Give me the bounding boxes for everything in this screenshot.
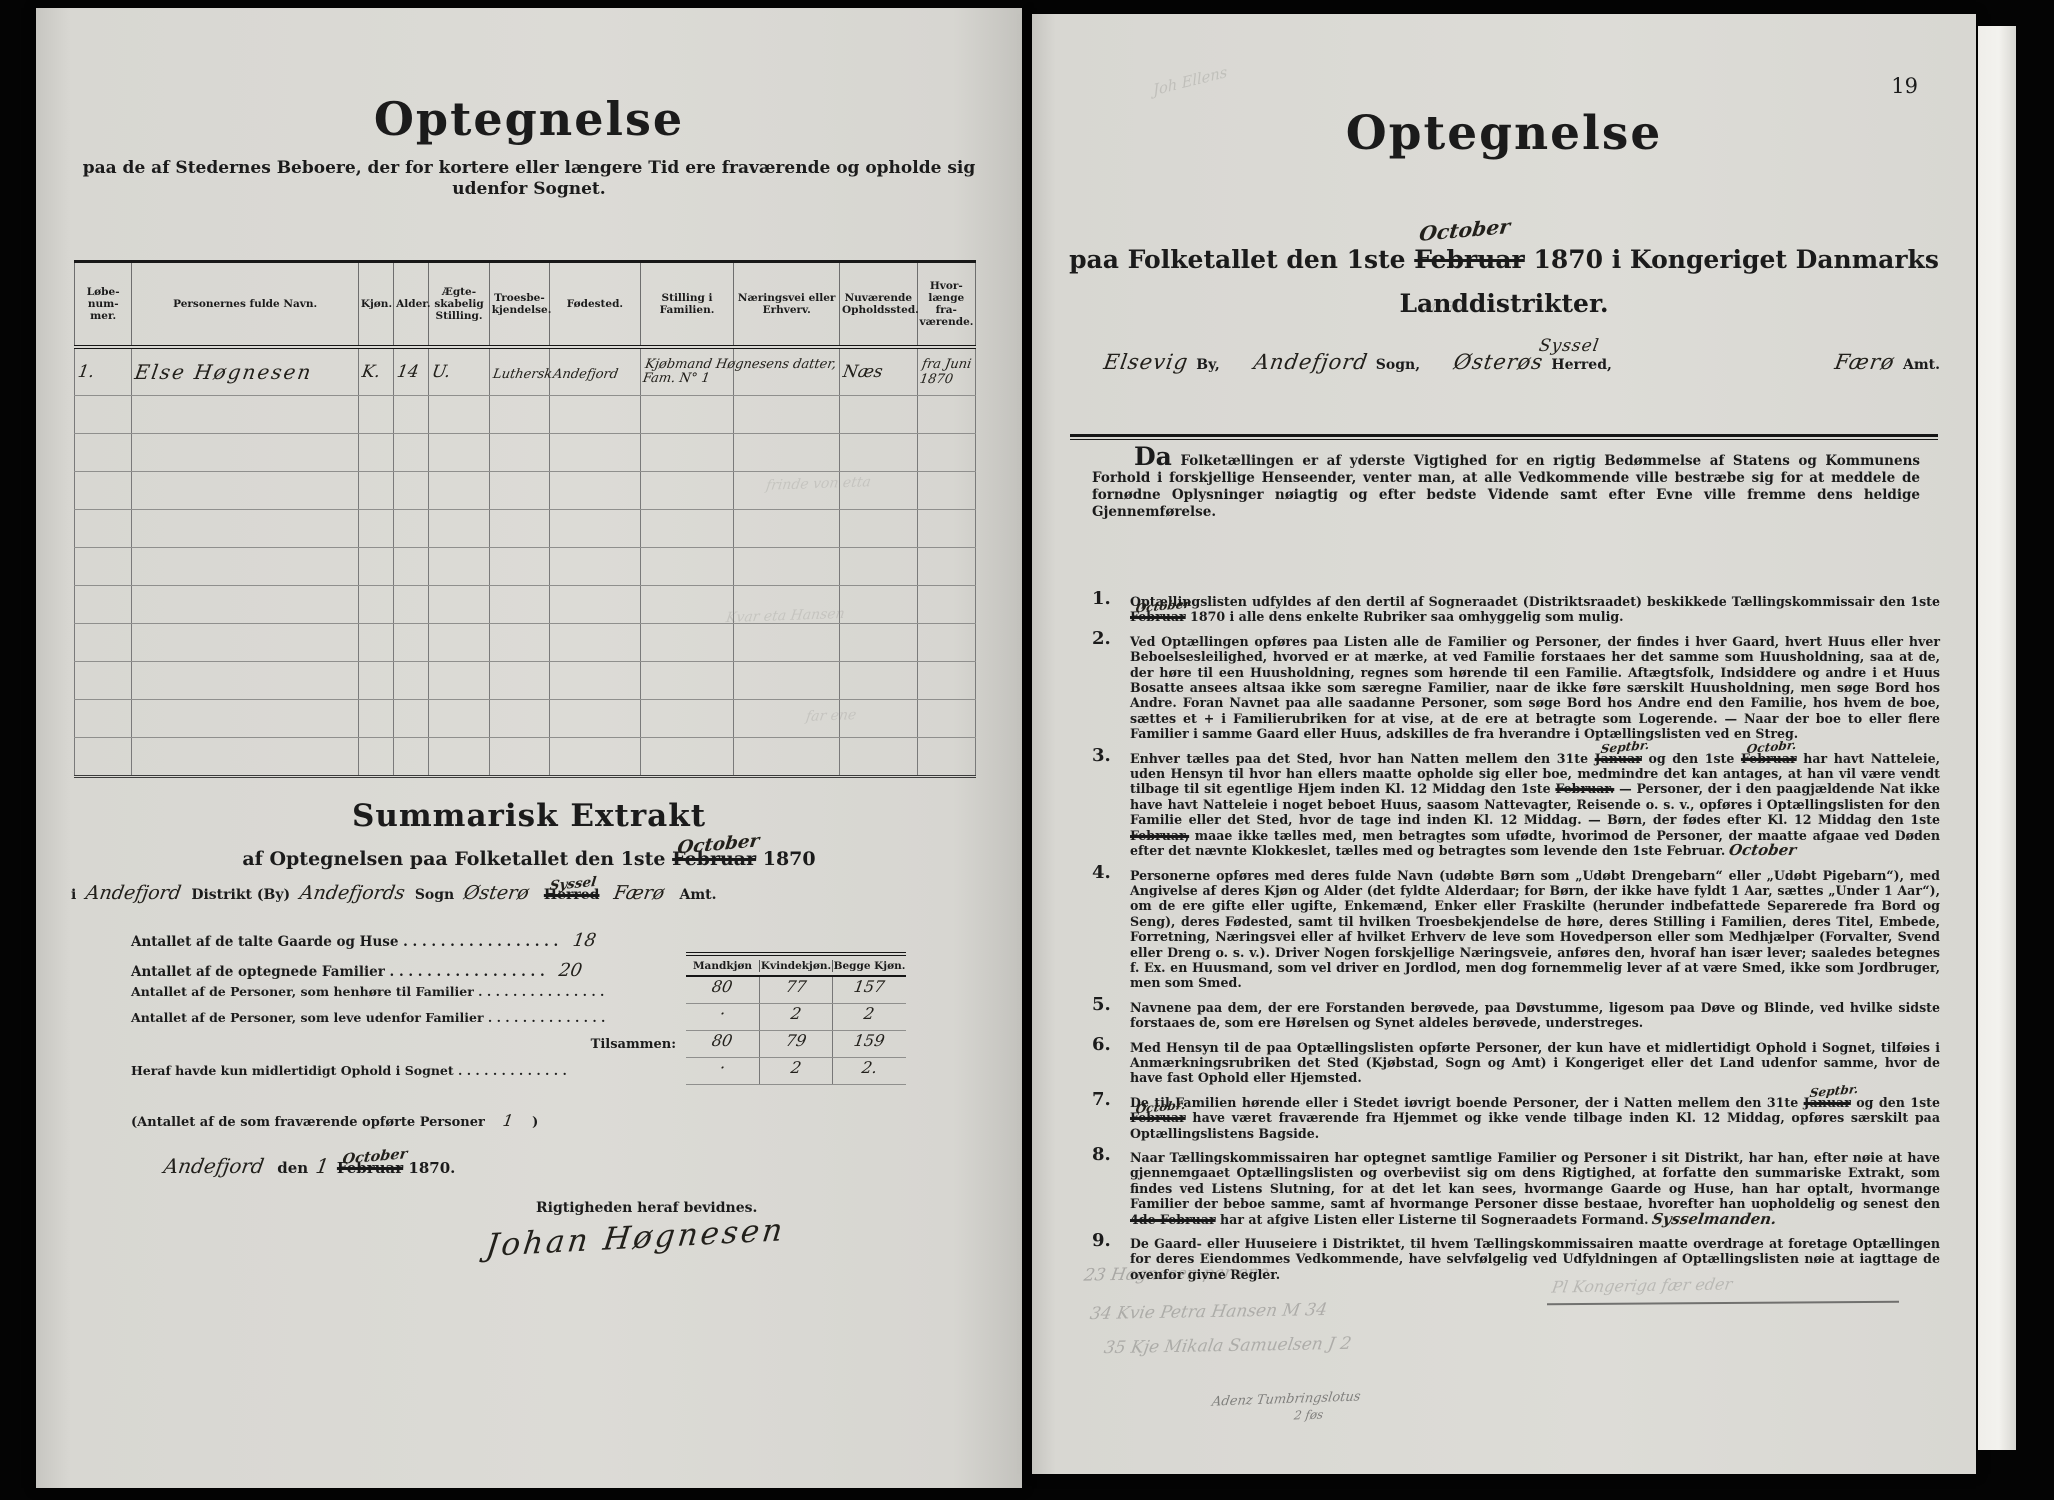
header-rule (1070, 434, 1938, 440)
summary-label-udenfor: Antallet af de Personer, som leve udenfo… (131, 1010, 605, 1025)
location-fields: Elsevig By, Andefjord Sogn, Østerøs Syss… (1104, 350, 1940, 374)
instruction-item-8: 8. Naar Tællingskommissairen har optegne… (1130, 1150, 1940, 1227)
value: 79 (784, 1031, 807, 1050)
struck-correction: Februar, (1130, 828, 1189, 843)
table-row-empty (75, 472, 976, 510)
cell-nr: 1. (76, 362, 95, 382)
struck-correction: 4de Februar (1130, 1212, 1216, 1227)
bleed-through-rule (1547, 1301, 1899, 1305)
count-familier-line: Antallet af de optegnede Familier . . . … (131, 960, 582, 981)
subtitle-line-2: Landdistrikter. (1032, 282, 1976, 326)
handwritten-text: Andefjord (85, 882, 183, 904)
handwritten-text: Sysselmanden. (1651, 1212, 1778, 1227)
right-page-subtitle: paa Folketallet den 1ste FebruarOctober … (1032, 238, 1976, 326)
summary-row-udenfor: · 2 2 (686, 1004, 906, 1031)
instruction-item-9: 9. De Gaard- eller Huuseiere i Distrikte… (1130, 1236, 1940, 1282)
table-row: 1. Else Høgnesen K. 14 U. Luthersk Andef… (75, 347, 976, 396)
value: 2 (789, 1004, 802, 1023)
left-page: frinde von ettaKvar eta Hansenfar ene Op… (36, 8, 1022, 1488)
summary-row-familier: 80 77 157 (686, 977, 906, 1004)
table-row-empty (75, 586, 976, 624)
table-row-empty (75, 662, 976, 700)
item-text: Optællingslisten udfyldes af den dertil … (1130, 594, 1940, 624)
field-herred-correction: Syssel (1538, 336, 1601, 356)
field-amt-value: Færø (1833, 350, 1896, 374)
col-header-aegteskabelig: Ægte-skabelig Stilling. (429, 262, 489, 348)
field-amt-label: Amt. (1903, 357, 1940, 373)
col-header-stilling: Stilling i Familien. (640, 262, 734, 348)
dot-leader: . . . . . . . . . . . . . . . . . (403, 934, 558, 950)
right-page-title: Optegnelse (1032, 106, 1976, 161)
cell-fravaerende: fra Juni 1870 (918, 357, 974, 387)
cell-stand: U. (431, 362, 452, 382)
item-number: 4. (1092, 865, 1111, 880)
col-header-alder: Alder. (394, 262, 429, 348)
item-text: Personerne opføres med deres fulde Navn … (1130, 868, 1940, 991)
value: 157 (853, 977, 887, 996)
item-number: 8. (1092, 1147, 1111, 1162)
summary-col-kvindekjon: Kvindekjøn. (760, 960, 833, 972)
absent-close: ) (532, 1115, 538, 1130)
col-header-opholdssted: Nuværende Opholdssted. (840, 262, 918, 348)
instruction-item-6: 6. Med Hensyn til de paa Optællingsliste… (1130, 1040, 1940, 1086)
place-date-line: Andefjord den1FebruarOctober 1870. (156, 1154, 455, 1178)
struck-correction: FebruarOctober (1130, 609, 1186, 624)
struck-correction: FebruarOctobr. (1130, 1110, 1186, 1125)
handwritten-text: Andefjord (162, 1154, 266, 1178)
col-header-fravaerende: Hvor-længe fra-værende. (917, 262, 975, 348)
summary-label-midlertidigt: Heraf havde kun midlertidigt Ophold i So… (131, 1063, 567, 1078)
absent-label: (Antallet af de som fraværende opførte P… (131, 1115, 485, 1130)
struck-correction: FebruarOctober (1414, 238, 1525, 282)
item-number: 2. (1092, 631, 1111, 646)
summary-row-midlertidigt: · 2 2. (686, 1058, 906, 1085)
subtitle-line-1: paa Folketallet den 1ste FebruarOctober … (1032, 238, 1976, 282)
field-by-value: Elsevig (1102, 350, 1190, 374)
field-sogn-label: Sogn, (1376, 357, 1420, 373)
field-herred-label: Herred, (1551, 357, 1611, 373)
absent-persons-line: (Antallet af de som fraværende opførte P… (131, 1111, 538, 1130)
instruction-item-2: 2. Ved Optællingen opføres paa Listen al… (1130, 634, 1940, 742)
summary-label-familier: Antallet af de Personer, som henhøre til… (131, 984, 604, 999)
value: 2 (789, 1058, 802, 1077)
summary-col-beggekjon: Begge Kjøn. (833, 960, 906, 972)
table-row-empty (75, 396, 976, 434)
value: 159 (853, 1031, 887, 1050)
item-number: 6. (1092, 1037, 1111, 1052)
absent-value: 1 (502, 1111, 515, 1130)
item-text: Navnene paa dem, der ere Forstanden berø… (1130, 1000, 1940, 1030)
extract-subtitle: af Optegnelsen paa Folketallet den 1ste … (36, 848, 1022, 870)
value: 2 (863, 1004, 876, 1023)
item-text: Enhver tælles paa det Sted, hvor han Nat… (1130, 751, 1940, 858)
field-herred: Østerøs Syssel Herred, (1454, 350, 1612, 374)
extract-district-line: iAndefjordDistrikt (By)AndefjordsSognØst… (71, 882, 811, 904)
col-header-naeringsvei: Næringsvei eller Erhverv. (734, 262, 840, 348)
instruction-item-7: 7. De til Familien hørende eller i Stede… (1130, 1095, 1940, 1141)
col-header-lobenummer: Løbe-num-mer. (75, 262, 132, 348)
cell-fodested: Andefjord (552, 367, 619, 382)
bleed-through-text: 2 føs (1293, 1407, 1324, 1422)
census-table-body: 1. Else Høgnesen K. 14 U. Luthersk Andef… (75, 347, 976, 777)
count-gaarde-value: 18 (571, 930, 597, 951)
book-edge-strip (1978, 26, 2016, 1450)
table-row-empty (75, 738, 976, 777)
instruction-item-1: 1. Optællingslisten udfyldes af den dert… (1130, 594, 1940, 625)
item-number: 1. (1092, 591, 1111, 606)
count-gaarde-label: Antallet af de talte Gaarde og Huse (131, 934, 398, 950)
bleed-through-text: 35 Kje Mikala Samuelsen J 2 (1102, 1334, 1352, 1358)
handwritten-text: Østerø (462, 882, 530, 904)
value: · (718, 1004, 726, 1023)
value: 80 (711, 977, 734, 996)
table-row-empty (75, 510, 976, 548)
item-number: 9. (1092, 1233, 1111, 1248)
intro-text: Folketællingen er af yderste Vigtighed f… (1092, 453, 1920, 520)
col-header-navn: Personernes fulde Navn. (132, 262, 359, 348)
item-text: De Gaard- eller Huuseiere i Distriktet, … (1130, 1236, 1940, 1282)
struck-correction: FebruarOctobr. (1741, 751, 1797, 766)
absentees-table: Løbe-num-mer. Personernes fulde Navn. Kj… (74, 260, 976, 778)
bleed-through-text: Joh Ellens (1152, 63, 1227, 100)
item-text: Ved Optællingen opføres paa Listen alle … (1130, 634, 1940, 741)
field-sogn-value: Andefjord (1252, 350, 1370, 374)
struck-correction: JanuarSeptbr. (1595, 751, 1642, 766)
count-familier-value: 20 (558, 960, 584, 981)
subtitle-line-2: udenfor Sognet. (36, 179, 1022, 200)
dot-leader: . . . . . . . . . . . . . . . . . (390, 964, 545, 980)
item-number: 5. (1092, 997, 1111, 1012)
handwritten-text: Andefjords (298, 882, 406, 904)
cell-alder: 14 (396, 362, 421, 382)
item-text: Med Hensyn til de paa Optællingslisten o… (1130, 1040, 1940, 1086)
item-text: De til Familien hørende eller i Stedet i… (1130, 1095, 1940, 1141)
struck-correction: JanuarSeptbr. (1804, 1095, 1851, 1110)
struck-correction: FebruarOctober (672, 848, 756, 870)
subtitle-line-1: paa de af Stedernes Beboere, der for kor… (36, 158, 1022, 179)
count-familier-label: Antallet af de optegnede Familier (131, 964, 385, 980)
left-page-subtitle: paa de af Stedernes Beboere, der for kor… (36, 158, 1022, 200)
right-page: Joh EllensM. 53Pl Kongeriga fær eder23 H… (1032, 14, 1976, 1474)
attestation-text: Rigtigheden heraf bevidnes. (536, 1200, 757, 1216)
struck-correction: FebruarOctober (337, 1159, 403, 1177)
handwritten-text: October (1728, 843, 1798, 858)
instructions-list: 1. Optællingslisten udfyldes af den dert… (1130, 594, 1940, 1291)
bleed-through-text: Adenz Tumbringslotus (1211, 1389, 1361, 1409)
table-row-empty (75, 624, 976, 662)
summary-table-header: Mandkjøn Kvindekjøn. Begge Kjøn. (686, 956, 906, 977)
cell-kjon: K. (360, 362, 381, 382)
summary-row-tilsammen: 80 79 159 (686, 1031, 906, 1058)
item-number: 7. (1092, 1092, 1111, 1107)
scanned-census-spread: frinde von ettaKvar eta Hansenfar ene Op… (0, 0, 2054, 1500)
instruction-item-5: 5. Navnene paa dem, der ere Forstanden b… (1130, 1000, 1940, 1031)
value: 2. (860, 1058, 878, 1077)
col-header-troesbekjendelse: Troesbe-kjendelse. (489, 262, 549, 348)
cell-stilling: Kjøbmand Høgnesens datter, Fam. N° 1 (642, 358, 861, 386)
summary-label-tilsammen: Tilsammen: (36, 1037, 676, 1052)
field-herred-value: Østerøs (1452, 350, 1545, 374)
instruction-item-4: 4. Personerne opføres med deres fulde Na… (1130, 868, 1940, 991)
handwritten-text: Færø (613, 882, 667, 904)
extract-title: Summarisk Extrakt (36, 798, 1022, 834)
cell-navn: Else Høgnesen (133, 360, 314, 384)
left-page-title: Optegnelse (36, 92, 1022, 146)
intro-paragraph: Da Folketællingen er af yderste Vigtighe… (1092, 448, 1920, 521)
handwritten-text: 1 (314, 1154, 331, 1178)
struck-correction: HerredSyssel (544, 887, 600, 903)
table-row-empty (75, 700, 976, 738)
value: 80 (711, 1031, 734, 1050)
summary-col-mandkjon: Mandkjøn (686, 960, 760, 972)
bleed-through-text: 34 Kvie Petra Hansen M 34 (1088, 1300, 1328, 1324)
item-number: 3. (1092, 748, 1111, 763)
struck-correction: Februar. (1555, 781, 1614, 796)
col-header-kjon: Kjøn. (358, 262, 393, 348)
intro-initial: Da (1134, 442, 1172, 471)
instruction-item-3: 3. Enhver tælles paa det Sted, hvor han … (1130, 751, 1940, 859)
col-header-fodested: Fødested. (550, 262, 641, 348)
field-by: Elsevig By, (1104, 350, 1220, 374)
table-row-empty (75, 548, 976, 586)
field-by-label: By, (1196, 357, 1220, 373)
signature: Johan Høgnesen (484, 1212, 787, 1264)
item-text: Naar Tællingskommissairen har optegnet s… (1130, 1150, 1940, 1227)
page-number: 19 (1891, 74, 1918, 98)
summary-table: Mandkjøn Kvindekjøn. Begge Kjøn. 80 77 1… (686, 952, 906, 1085)
value: · (718, 1058, 726, 1077)
field-amt: Færø Amt. (1835, 350, 1940, 374)
table-row-empty (75, 434, 976, 472)
table-header-row: Løbe-num-mer. Personernes fulde Navn. Kj… (75, 262, 976, 348)
cell-tro: Luthersk (492, 367, 553, 382)
value: 77 (784, 977, 807, 996)
count-gaarde-line: Antallet af de talte Gaarde og Huse . . … (131, 930, 596, 951)
field-sogn: Andefjord Sogn, (1254, 350, 1420, 374)
